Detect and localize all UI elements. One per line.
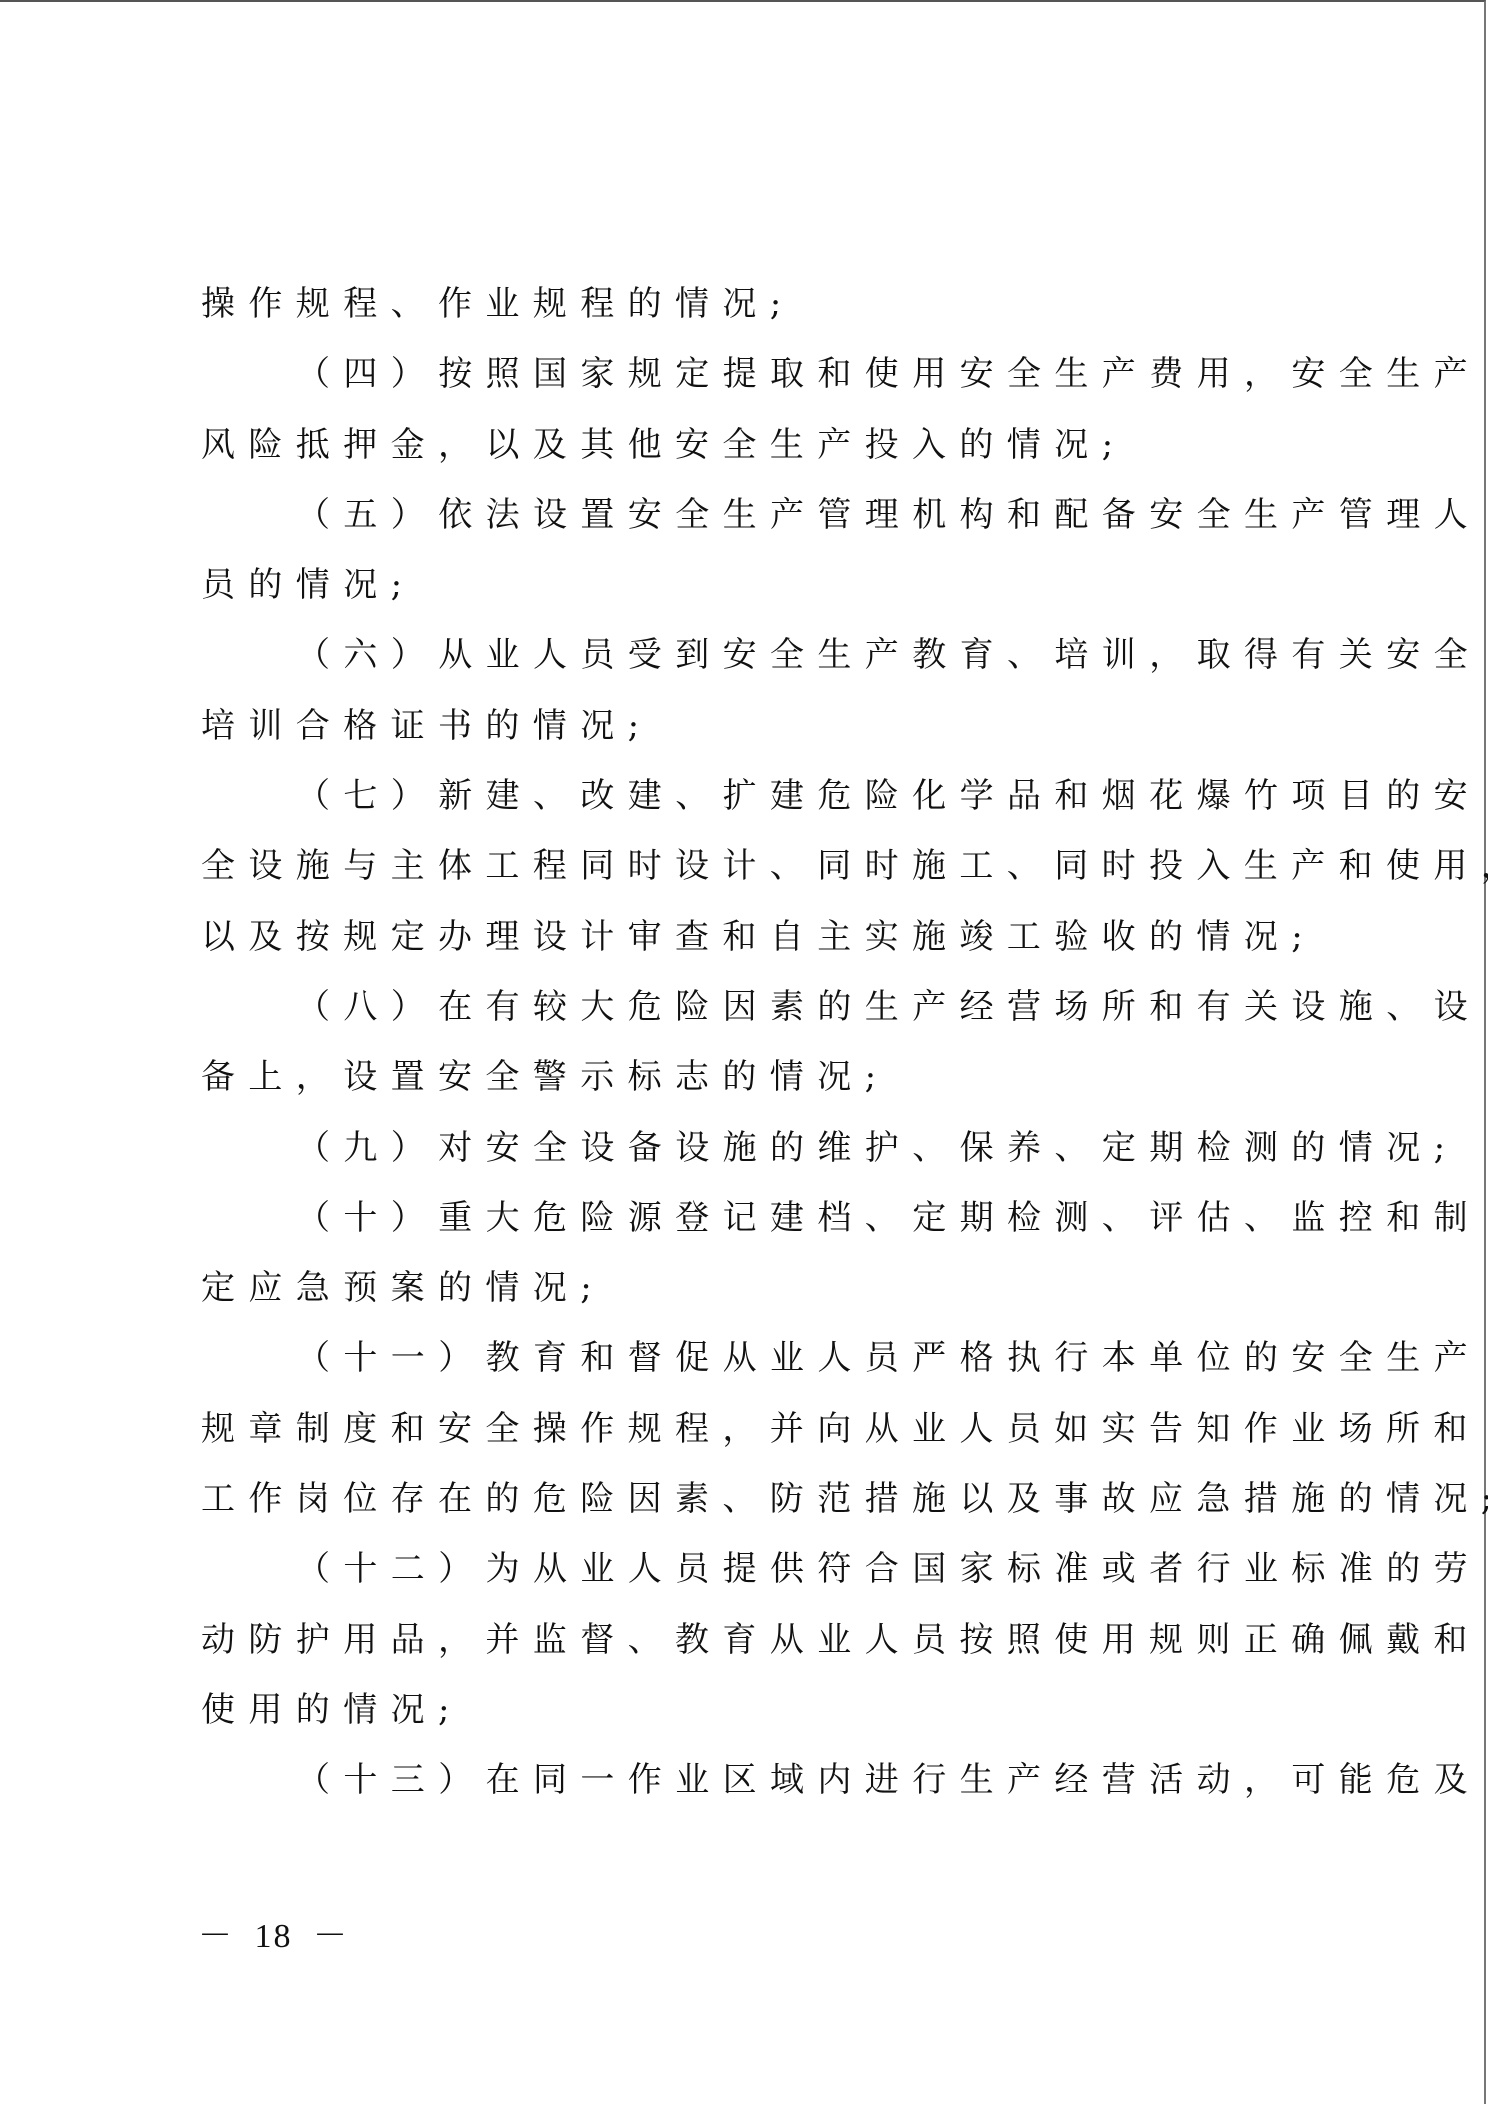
text-line: （六）从业人员受到安全生产教育、培训，取得有关安全 [201,620,1301,690]
text-line: 使用的情况; [201,1675,1301,1745]
text-line: （十一）教育和督促从业人员严格执行本单位的安全生产 [201,1323,1301,1393]
document-page: 操作规程、作业规程的情况; （四）按照国家规定提取和使用安全生产费用，安全生产 … [0,0,1486,2104]
text-line: （十三）在同一作业区域内进行生产经营活动，可能危及 [201,1745,1301,1815]
text-line: 风险抵押金，以及其他安全生产投入的情况; [201,410,1301,480]
text-line: 工作岗位存在的危险因素、防范措施以及事故应急措施的情况; [201,1464,1301,1534]
text-line: （十二）为从业人员提供符合国家标准或者行业标准的劳 [201,1534,1301,1604]
text-line: 规章制度和安全操作规程，并向从业人员如实告知作业场所和 [201,1394,1301,1464]
text-line: 动防护用品，并监督、教育从业人员按照使用规则正确佩戴和 [201,1605,1301,1675]
text-line: （八）在有较大危险因素的生产经营场所和有关设施、设 [201,972,1301,1042]
text-line: （七）新建、改建、扩建危险化学品和烟花爆竹项目的安 [201,761,1301,831]
text-line: 备上，设置安全警示标志的情况; [201,1042,1301,1112]
text-line: 员的情况; [201,550,1301,620]
text-line: （五）依法设置安全生产管理机构和配备安全生产管理人 [201,480,1301,550]
text-line: 操作规程、作业规程的情况; [201,269,1301,339]
text-line: 培训合格证书的情况; [201,691,1301,761]
page-number: － 18 － [198,1908,349,1957]
text-line: 以及按规定办理设计审查和自主实施竣工验收的情况; [201,902,1301,972]
text-line: 定应急预案的情况; [201,1253,1301,1323]
text-line: （四）按照国家规定提取和使用安全生产费用，安全生产 [201,339,1301,409]
text-line: 全设施与主体工程同时设计、同时施工、同时投入生产和使用， [201,831,1301,901]
text-line: （十）重大危险源登记建档、定期检测、评估、监控和制 [201,1183,1301,1253]
text-line: （九）对安全设备设施的维护、保养、定期检测的情况; [201,1113,1301,1183]
body-text: 操作规程、作业规程的情况; （四）按照国家规定提取和使用安全生产费用，安全生产 … [201,269,1301,1816]
